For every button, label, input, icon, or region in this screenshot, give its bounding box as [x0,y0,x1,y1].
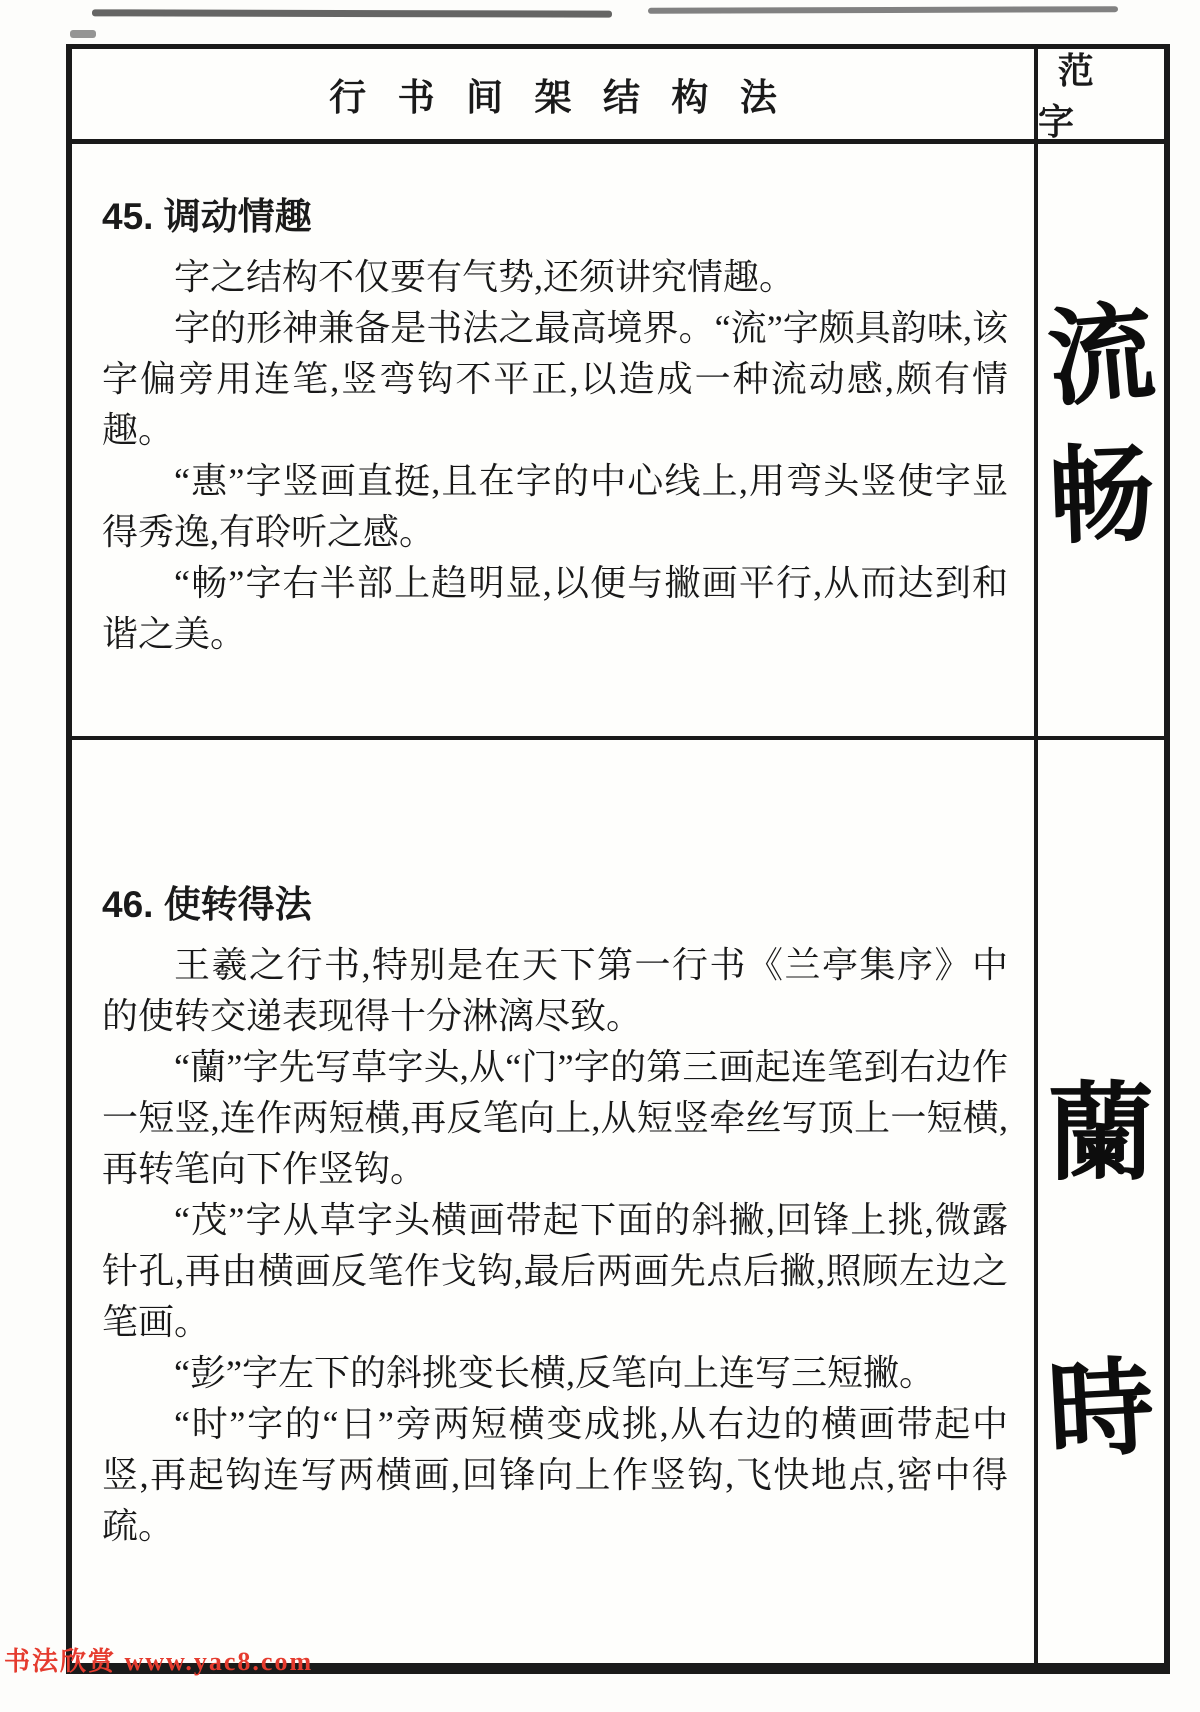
paragraph: 字之结构不仅要有气势,还须讲究情趣。 [102,252,1008,303]
section-heading: 46. 使转得法 [102,880,1008,930]
section-45: 45. 调动情趣 字之结构不仅要有气势,还须讲究情趣。 字的形神兼备是书法之最高… [72,144,1164,740]
paragraph: “蘭”字先写草字头,从“门”字的第三画起连笔到右边作一短竖,连作两短横,再反笔向… [102,1042,1008,1195]
section-46: 46. 使转得法 王羲之行书,特别是在天下第一行书《兰亭集序》中的使转交递表现得… [72,740,1164,1663]
paragraph: 字的形神兼备是书法之最高境界。“流”字颇具韵味,该字偏旁用连笔,竖弯钩不平正,以… [102,303,1008,456]
section-45-text: 45. 调动情趣 字之结构不仅要有气势,还须讲究情趣。 字的形神兼备是书法之最高… [72,144,1034,736]
table-header: 行书间架结构法 范字 [72,49,1164,144]
paragraph: “畅”字右半部上趋明显,以便与撇画平行,从而达到和谐之美。 [102,558,1008,660]
calligraphy-character: 蘭 [1048,1080,1154,1186]
example-column-header: 范字 [1034,49,1164,139]
content-table: 行书间架结构法 范字 45. 调动情趣 字之结构不仅要有气势,还须讲究情趣。 字… [66,44,1170,1674]
calligraphy-character: 畅 [1046,440,1156,550]
paragraph: “彭”字左下的斜挑变长横,反笔向上连写三短撇。 [102,1348,1008,1399]
calligraphy-character: 流 [1044,298,1159,413]
section-heading: 45. 调动情趣 [102,192,1008,242]
paragraph: “时”字的“日”旁两短横变成挑,从右边的横画带起中竖,再起钩连写两横画,回锋向上… [102,1399,1008,1552]
scan-artifact [648,6,1118,14]
paragraph: 王羲之行书,特别是在天下第一行书《兰亭集序》中的使转交递表现得十分淋漓尽致。 [102,940,1008,1042]
section-46-text: 46. 使转得法 王羲之行书,特别是在天下第一行书《兰亭集序》中的使转交递表现得… [72,740,1034,1663]
paragraph: “惠”字竖画直挺,且在字的中心线上,用弯头竖使字显得秀逸,有聆听之感。 [102,456,1008,558]
scan-artifact [70,30,96,38]
scan-artifact [92,9,612,17]
paragraph: “茂”字从草字头横画带起下面的斜撇,回锋上挑,微露针孔,再由横画反笔作戈钩,最后… [102,1195,1008,1348]
example-cell: 蘭 時 [1034,740,1164,1663]
watermark: 书法欣赏 www.yac8.com [4,1641,313,1678]
page-title: 行书间架结构法 [72,49,1034,139]
calligraphy-character: 時 [1045,1353,1156,1464]
example-cell: 流 畅 [1034,144,1164,736]
